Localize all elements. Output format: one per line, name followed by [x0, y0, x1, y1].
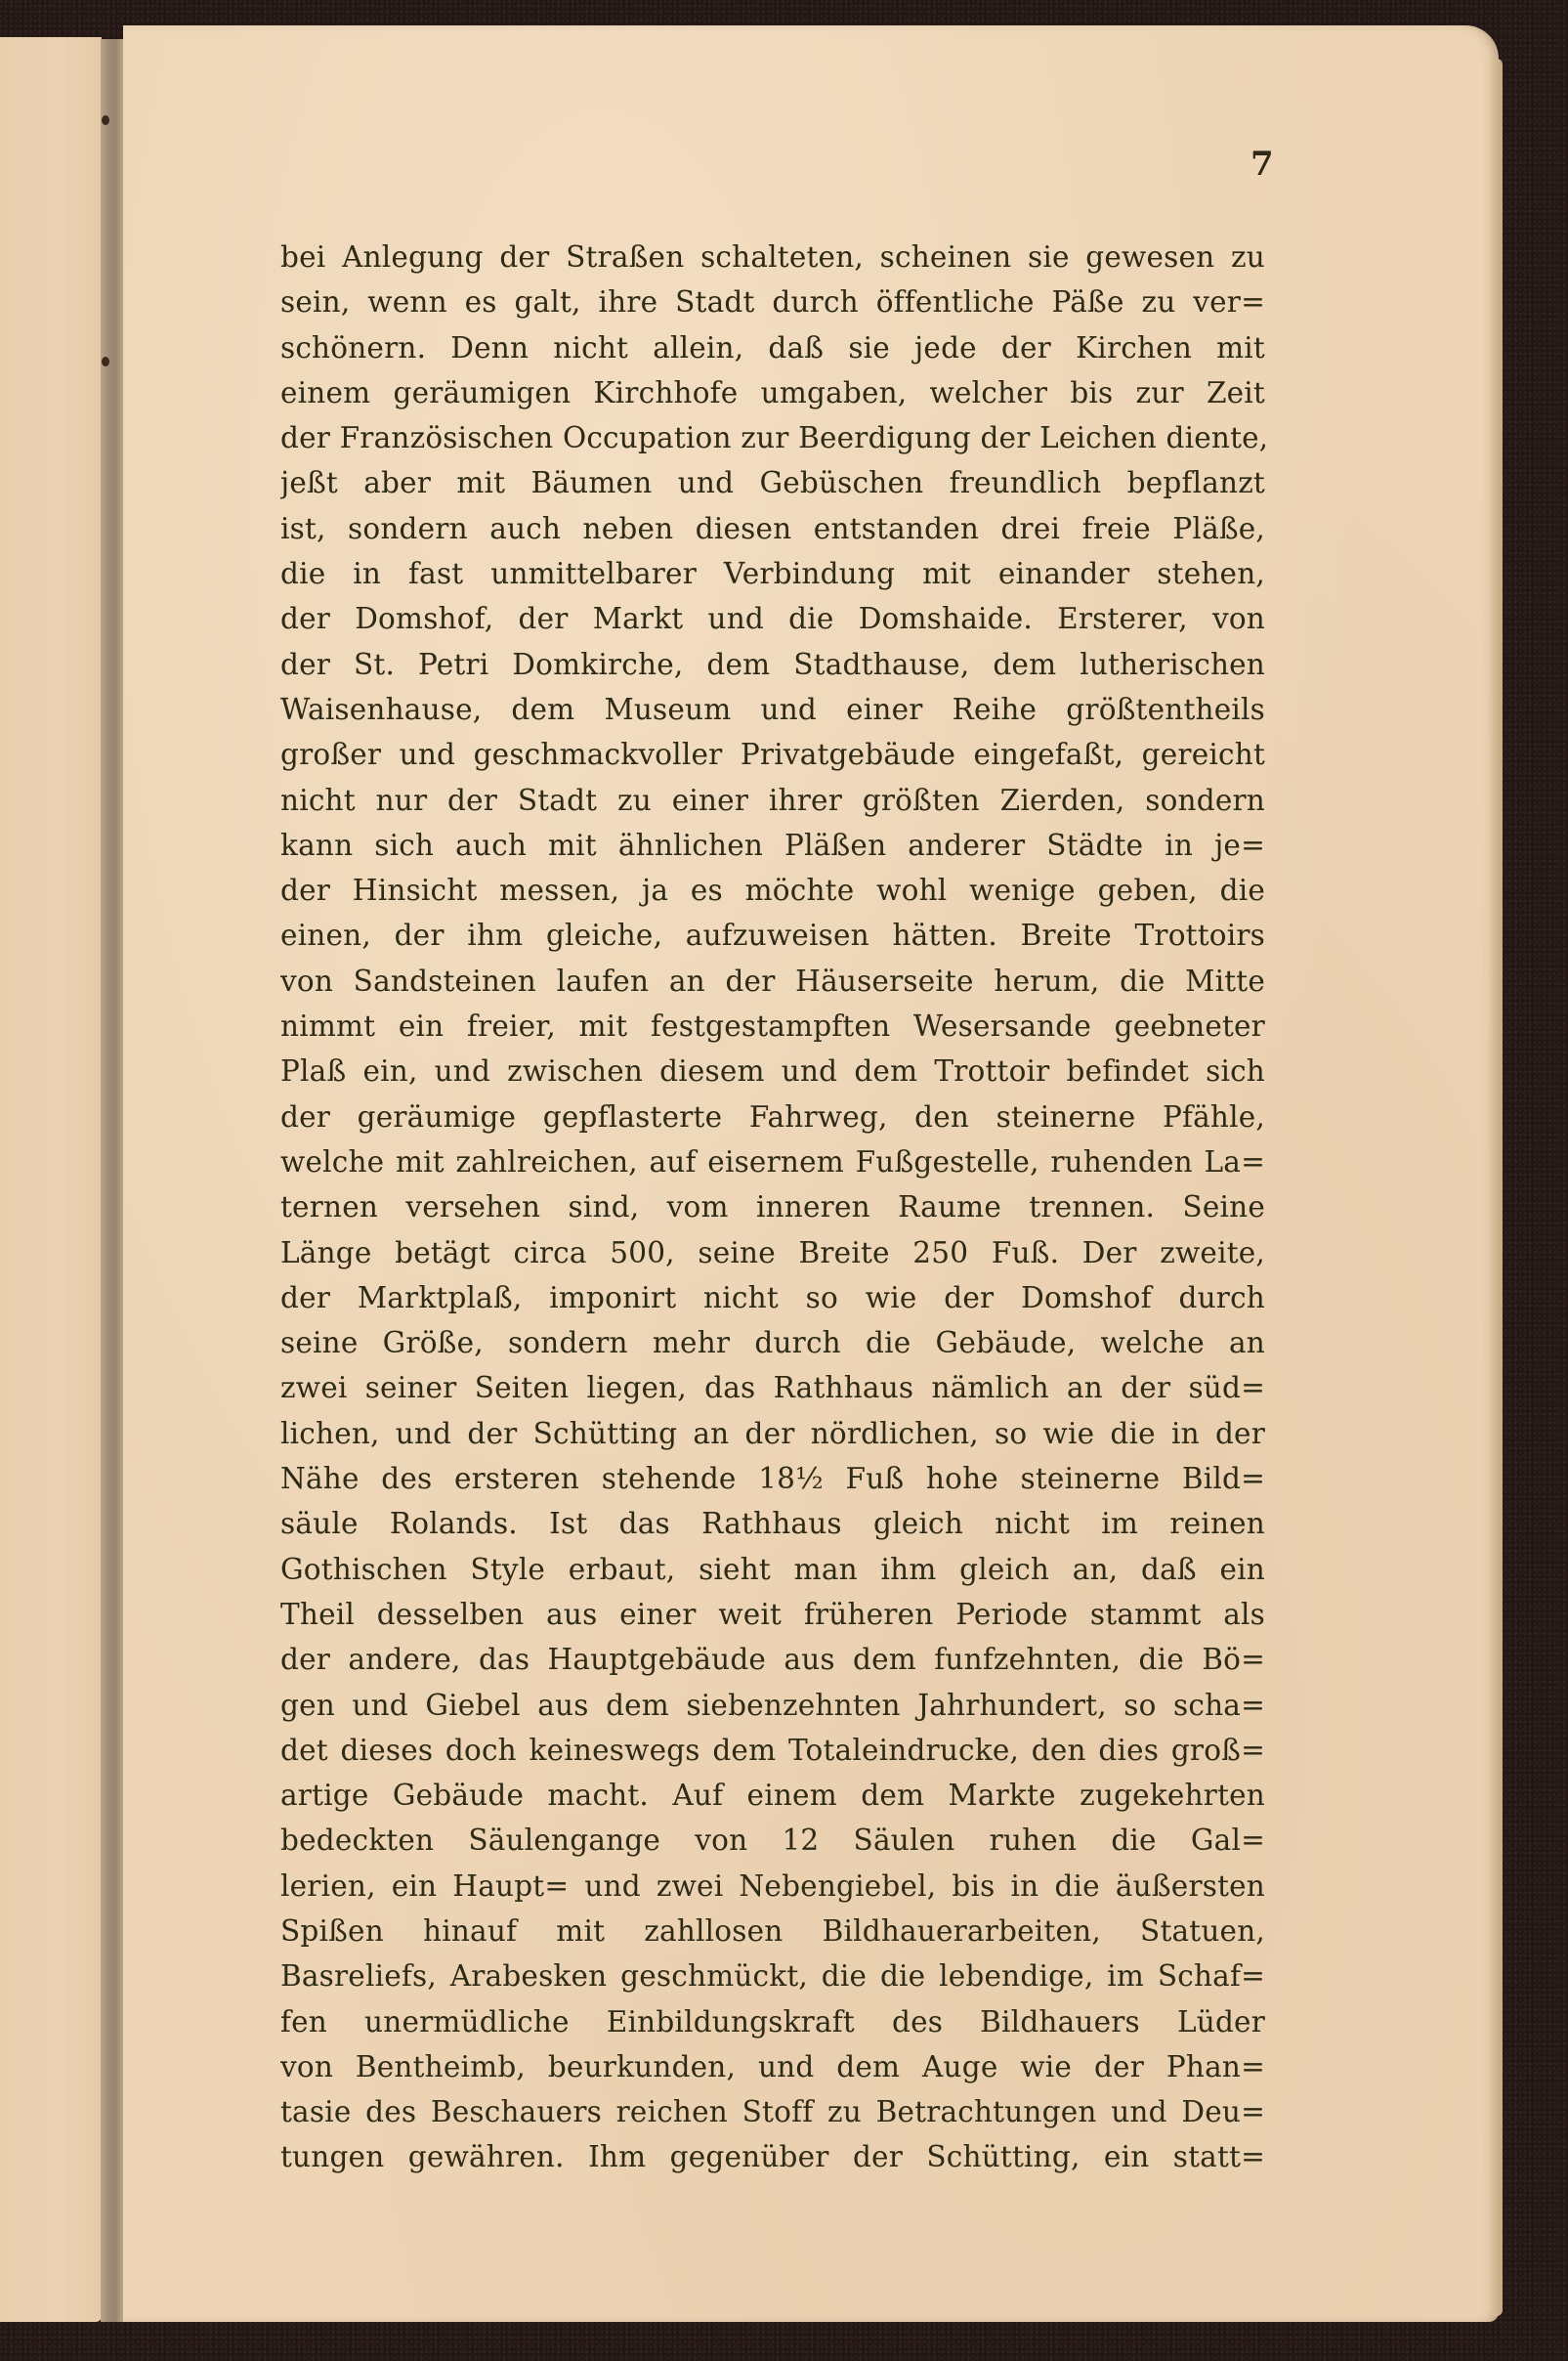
text-line: Plaß ein, und zwischen diesem und dem Tr…: [280, 1049, 1265, 1094]
text-line: einen, der ihm gleiche, aufzuweisen hätt…: [280, 913, 1265, 958]
text-line: Länge betägt circa 500, seine Breite 250…: [280, 1230, 1265, 1275]
text-line: seine Größe, sondern mehr durch die Gebä…: [280, 1320, 1265, 1365]
text-line: Nähe des ersteren stehende 18½ Fuß hohe …: [280, 1456, 1265, 1501]
text-line: der andere, das Hauptgebäude aus dem fun…: [280, 1637, 1265, 1682]
text-line: großer und geschmackvoller Privatgebäude…: [280, 732, 1265, 777]
text-line: einem geräumigen Kirchhofe umgaben, welc…: [280, 370, 1265, 415]
page-fore-edge: [1493, 59, 1503, 2316]
text-line: die in fast unmittelbarer Verbindung mit…: [280, 551, 1265, 596]
text-line: sein, wenn es galt, ihre Stadt durch öff…: [280, 279, 1265, 324]
text-line: jeßt aber mit Bäumen und Gebüschen freun…: [280, 460, 1265, 505]
text-line: der St. Petri Domkirche, dem Stadthause,…: [280, 642, 1265, 687]
text-line: von Sandsteinen laufen an der Häuserseit…: [280, 959, 1265, 1004]
text-line: ternen versehen sind, vom inneren Raume …: [280, 1184, 1265, 1229]
text-line: Gothischen Style erbaut, sieht man ihm g…: [280, 1547, 1265, 1592]
text-line: bedeckten Säulengange von 12 Säulen ruhe…: [280, 1818, 1265, 1863]
text-line: der geräumige gepflasterte Fahrweg, den …: [280, 1095, 1265, 1139]
text-line: tasie des Beschauers reichen Stoff zu Be…: [280, 2089, 1265, 2134]
text-line: säule Rolands. Ist das Rathhaus gleich n…: [280, 1501, 1265, 1546]
text-line: tungen gewähren. Ihm gegenüber der Schüt…: [280, 2134, 1265, 2179]
left-page-edge: [0, 37, 102, 2322]
text-line: artige Gebäude macht. Auf einem dem Mark…: [280, 1773, 1265, 1818]
text-line: Waisenhause, dem Museum und einer Reihe …: [280, 687, 1265, 732]
page-number: 7: [1250, 145, 1274, 184]
text-line: Spißen hinauf mit zahllosen Bildhauerarb…: [280, 1909, 1265, 1953]
text-line: det dieses doch keineswegs dem Totaleind…: [280, 1728, 1265, 1773]
text-line: Theil desselben aus einer weit früheren …: [280, 1592, 1265, 1637]
text-line: ist, sondern auch neben diesen entstande…: [280, 506, 1265, 551]
body-text: bei Anlegung der Straßen schalteten, sch…: [280, 235, 1265, 2180]
text-line: gen und Giebel aus dem siebenzehnten Jah…: [280, 1683, 1265, 1728]
text-line: lichen, und der Schütting an der nördlic…: [280, 1411, 1265, 1456]
text-line: bei Anlegung der Straßen schalteten, sch…: [280, 235, 1265, 279]
book-scan: 7 bei Anlegung der Straßen schalteten, s…: [0, 0, 1568, 2361]
text-line: der Hinsicht messen, ja es möchte wohl w…: [280, 868, 1265, 913]
sewing-hole: [102, 115, 109, 125]
text-line: schönern. Denn nicht allein, daß sie jed…: [280, 325, 1265, 370]
text-line: kann sich auch mit ähnlichen Pläßen ande…: [280, 823, 1265, 868]
text-line: der Französischen Occupation zur Beerdig…: [280, 415, 1265, 460]
sewing-hole: [102, 357, 109, 366]
text-line: fen unermüdliche Einbildungskraft des Bi…: [280, 1999, 1265, 2044]
text-line: nimmt ein freier, mit festgestampften We…: [280, 1004, 1265, 1049]
text-line: lerien, ein Haupt= und zwei Nebengiebel,…: [280, 1864, 1265, 1909]
text-line: der Marktplaß, imponirt nicht so wie der…: [280, 1275, 1265, 1320]
text-line: der Domshof, der Markt und die Domshaide…: [280, 596, 1265, 641]
text-line: von Bentheimb, beurkunden, und dem Auge …: [280, 2044, 1265, 2089]
text-line: zwei seiner Seiten liegen, das Rathhaus …: [280, 1365, 1265, 1410]
text-line: Basreliefs, Arabesken geschmückt, die di…: [280, 1953, 1265, 1998]
text-line: nicht nur der Stadt zu einer ihrer größt…: [280, 778, 1265, 823]
text-line: welche mit zahlreichen, auf eisernem Fuß…: [280, 1139, 1265, 1184]
